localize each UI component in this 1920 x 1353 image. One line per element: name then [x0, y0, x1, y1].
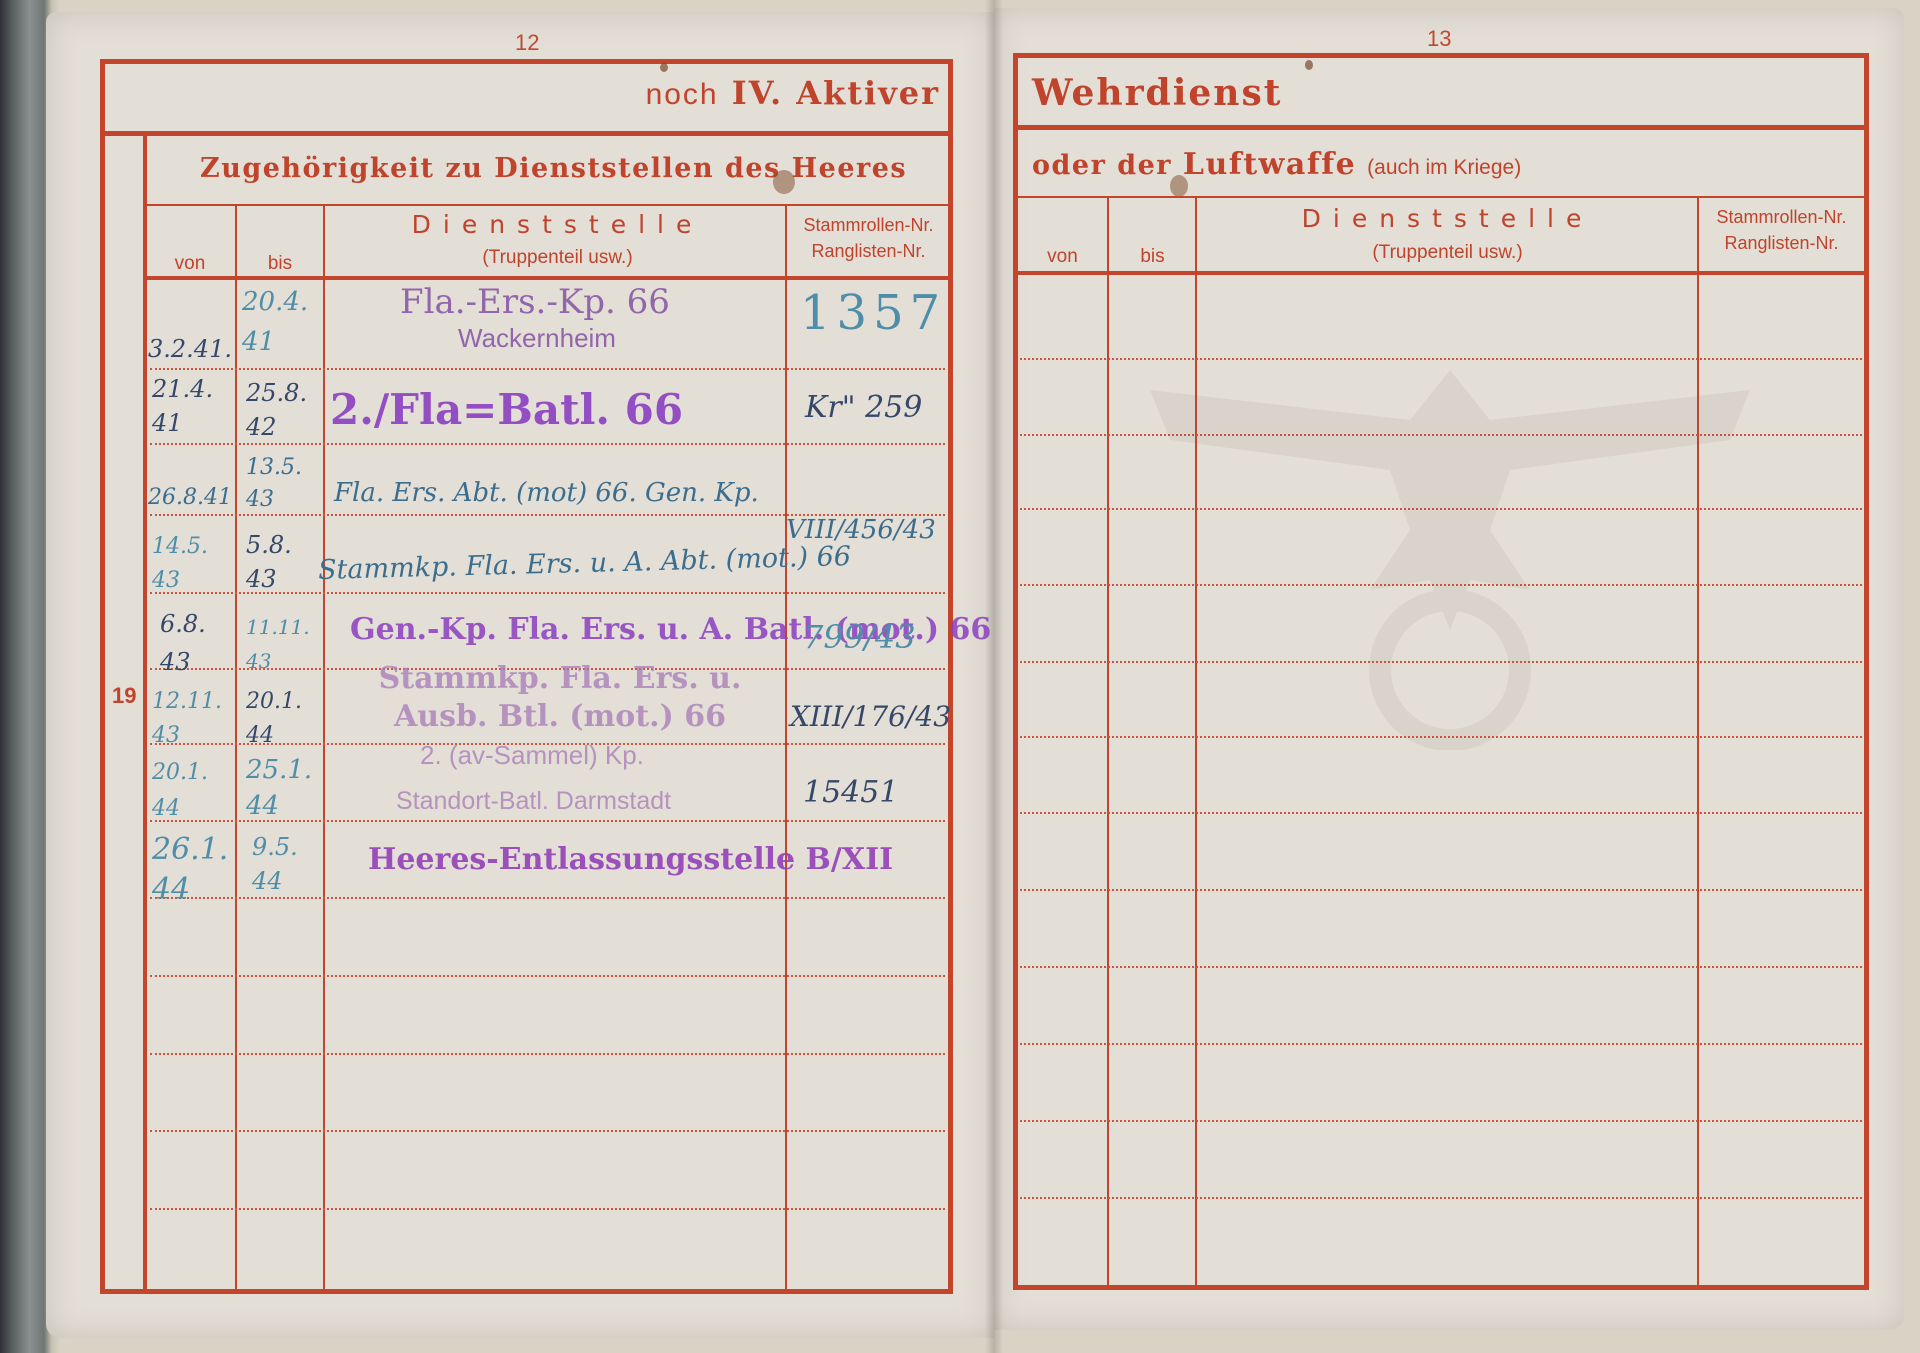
col-header-von: von: [150, 253, 230, 275]
entry-von: 26.8.41: [148, 485, 232, 510]
entry-nr: Kr" 259: [805, 390, 922, 425]
col-header-stammrollen: Stammrollen-Nr. Ranglisten-Nr.: [787, 212, 950, 264]
col-header-stammrollen: Stammrollen-Nr. Ranglisten-Nr.: [1699, 204, 1864, 256]
entry-bis: 9.5. 44: [252, 830, 312, 898]
page-number-right: 13: [1427, 26, 1451, 52]
entry-dienststelle: Stammkp. Fla. Ers. u. Ausb. Btl. (mot.) …: [350, 660, 770, 736]
col-divider-von-bis: [1107, 198, 1109, 1288]
entry-nr: 15451: [803, 775, 898, 810]
entry-von: 3.2.41.: [148, 335, 232, 363]
header-rule: [145, 276, 953, 280]
title-rule: [100, 131, 953, 136]
entry-bis: 13.5. 43: [246, 452, 306, 516]
paper-stain: [773, 170, 795, 194]
left-page-subtitle: Zugehörigkeit zu Dienststellen des Heere…: [200, 153, 907, 184]
left-title-area: noch IV. Aktiver: [150, 74, 940, 126]
col-header-dienststelle: Dienststelle: [330, 210, 785, 239]
entry-dienststelle: Fla.-Ers.-Kp. 66: [400, 282, 670, 322]
margin-rule: [143, 136, 147, 1294]
entry-bis: 25.8. 42: [246, 376, 306, 444]
entry-bis: 25.1. 44: [246, 752, 306, 824]
entry-von: 21.4. 41: [152, 372, 212, 440]
entry-dienststelle-line2: Standort-Batl. Darmstadt: [396, 787, 671, 816]
book-gutter: [985, 0, 1003, 1353]
entry-von: 12.11. 43: [152, 685, 212, 753]
right-page-title: Wehrdienst: [1032, 72, 1282, 114]
col-header-bis: bis: [1110, 246, 1195, 268]
left-page-title: noch IV. Aktiver: [646, 74, 940, 112]
eagle-watermark-icon: [1130, 330, 1770, 750]
col-header-von: von: [1020, 246, 1105, 268]
title-rule: [1013, 125, 1869, 130]
entry-dienststelle: Fla. Ers. Abt. (mot) 66. Gen. Kp.: [334, 478, 759, 508]
entry-bis: 20.4. 41: [242, 282, 312, 362]
entry-bis: 5.8. 43: [246, 528, 306, 596]
paper-stain: [660, 63, 668, 72]
header-rule: [1018, 271, 1864, 275]
col-header-dienststelle: Dienststelle: [1200, 204, 1695, 233]
entry-von: 26.1. 44: [152, 830, 212, 910]
entry-von: 6.8. 43: [160, 605, 220, 681]
entry-nr: XIII/176/43: [790, 700, 951, 733]
entry-dienststelle: 2. (av-Sammel) Kp.: [420, 740, 644, 771]
col-header-dienststelle-sub: (Truppenteil usw.): [1200, 242, 1695, 264]
subtitle-rule: [1018, 196, 1864, 198]
page-number-left: 12: [515, 30, 539, 56]
entry-dienststelle: 2./Fla=Batl. 66: [330, 385, 683, 434]
col-header-dienststelle-sub: (Truppenteil usw.): [330, 247, 785, 269]
entry-bis: 20.1. 44: [246, 685, 306, 753]
entry-dienststelle-line2: Wackernheim: [458, 323, 616, 354]
entry-nr: 799/43: [803, 618, 916, 656]
entry-dienststelle: Heeres-Entlassungsstelle B/XII: [368, 842, 893, 877]
entry-nr: VIII/456/43: [786, 515, 936, 545]
entry-nr: 1357: [800, 285, 946, 341]
col-header-bis: bis: [240, 253, 320, 275]
entry-von: 14.5. 43: [152, 530, 212, 598]
subtitle-rule: [145, 204, 953, 206]
entry-bis: 11.11. 43: [246, 610, 306, 678]
side-marker: 19: [112, 683, 136, 709]
entry-von: 20.1. 44: [152, 755, 212, 827]
right-page-subtitle: oder der Luftwaffe (auch im Kriege): [1032, 147, 1521, 182]
